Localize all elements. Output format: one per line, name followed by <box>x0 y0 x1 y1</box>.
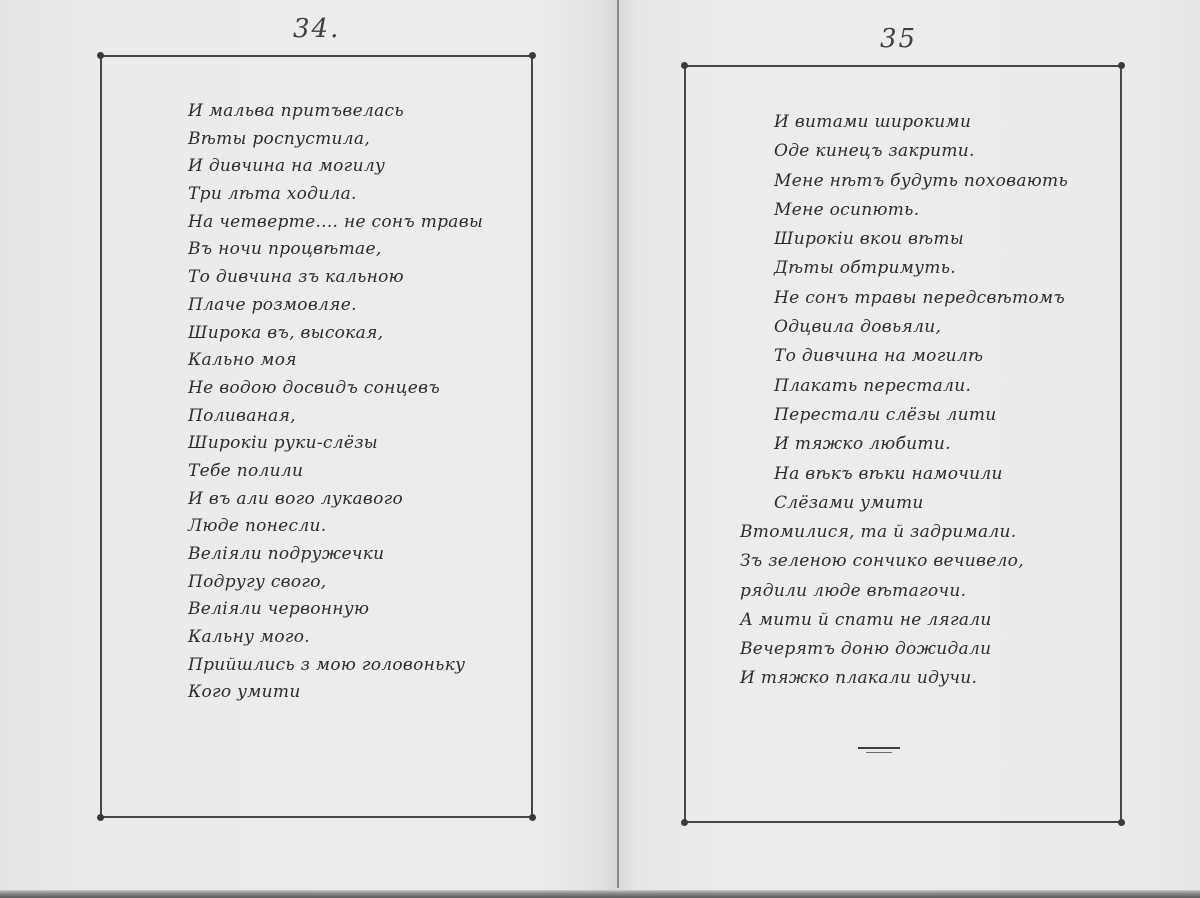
poem-line: Плаче розмовляе. <box>188 292 483 320</box>
poem-line: Въ ночи процвѣтае, <box>188 236 483 264</box>
poem-line: То дивчина на могилѣ <box>774 342 1068 371</box>
poem-line: И мальва притъвелась <box>188 98 483 126</box>
poem-line: Не водою досвидъ сонцевъ <box>188 375 483 403</box>
poem-line: Три лѣта ходила. <box>188 181 483 209</box>
frame-corner-dot <box>529 52 536 59</box>
poem-line: Люде понесли. <box>188 513 483 541</box>
poem-line: Велiяли червонную <box>188 596 483 624</box>
poem-line: Широкiи вкои вѣты <box>774 225 1068 254</box>
poem-line: Тебе полили <box>188 458 483 486</box>
poem-line: Дѣты обтримуть. <box>774 254 1068 283</box>
poem-line: Плакать перестали. <box>774 372 1068 401</box>
poem-line: Мене осипють. <box>774 196 1068 225</box>
poem-line: Кально моя <box>188 347 483 375</box>
frame-corner-dot <box>1118 819 1125 826</box>
poem-line: И тяжко любити. <box>774 430 1068 459</box>
frame-corner-dot <box>97 814 104 821</box>
poem-line: И витами широкими <box>774 108 1068 137</box>
poem-line: И дивчина на могилу <box>188 153 483 181</box>
book-bottom-edge <box>0 890 1200 898</box>
left-page-number: 34. <box>293 14 340 44</box>
right-page-number: 35 <box>880 24 917 54</box>
poem-line: Прийшлись з мою головоньку <box>188 652 483 680</box>
poem-line: Велiяли подружечки <box>188 541 483 569</box>
poem-line: Не сонъ травы передсвѣтомъ <box>774 284 1068 313</box>
poem-line: Вечерятъ доню дожидали <box>740 635 1024 664</box>
frame-corner-dot <box>681 62 688 69</box>
poem-line: Широка въ, высокая, <box>188 320 483 348</box>
end-mark-bar <box>858 747 900 749</box>
poem-line: Кальну мого. <box>188 624 483 652</box>
end-mark-bar <box>866 752 892 753</box>
poem-line: И тяжко плакали идучи. <box>740 664 1024 693</box>
poem-line: На четверте.... не сонъ травы <box>188 209 483 237</box>
poem-line: Широкiи руки-слёзы <box>188 430 483 458</box>
poem-line: А мити й спати не лягали <box>740 606 1024 635</box>
frame-corner-dot <box>97 52 104 59</box>
book-spine <box>617 0 619 888</box>
frame-corner-dot <box>529 814 536 821</box>
poem-line: Перестали слёзы лити <box>774 401 1068 430</box>
poem-line: На вѣкъ вѣки намочили <box>774 460 1068 489</box>
right-page-poem-indented: И витами широкими Оде кинецъ закрити. Ме… <box>774 108 1068 518</box>
poem-line: То дивчина зъ кальною <box>188 264 483 292</box>
poem-line: Зъ зеленою сончико вечивело, <box>740 547 1024 576</box>
poem-line: Оде кинецъ закрити. <box>774 137 1068 166</box>
poem-line: Подругу свого, <box>188 569 483 597</box>
poem-line: Поливаная, <box>188 403 483 431</box>
right-page-poem-outdented: Втомилися, та й задримали. Зъ зеленою со… <box>740 518 1024 694</box>
left-page-poem: И мальва притъвелась Вѣты роспустила, И … <box>188 98 483 707</box>
poem-line: Кого умити <box>188 679 483 707</box>
frame-corner-dot <box>1118 62 1125 69</box>
poem-line: Вѣты роспустила, <box>188 126 483 154</box>
poem-line: Слёзами умити <box>774 489 1068 518</box>
poem-line: Одцвила довьяли, <box>774 313 1068 342</box>
poem-line: рядили люде вѣтагочи. <box>740 577 1024 606</box>
poem-line: Мене нѣтъ будуть поховають <box>774 167 1068 196</box>
end-of-poem-mark <box>858 747 900 753</box>
book-spread: 34. И мальва притъвелась Вѣты роспустила… <box>0 0 1200 898</box>
poem-line: И въ али вого лукавого <box>188 486 483 514</box>
poem-line: Втомилися, та й задримали. <box>740 518 1024 547</box>
frame-corner-dot <box>681 819 688 826</box>
